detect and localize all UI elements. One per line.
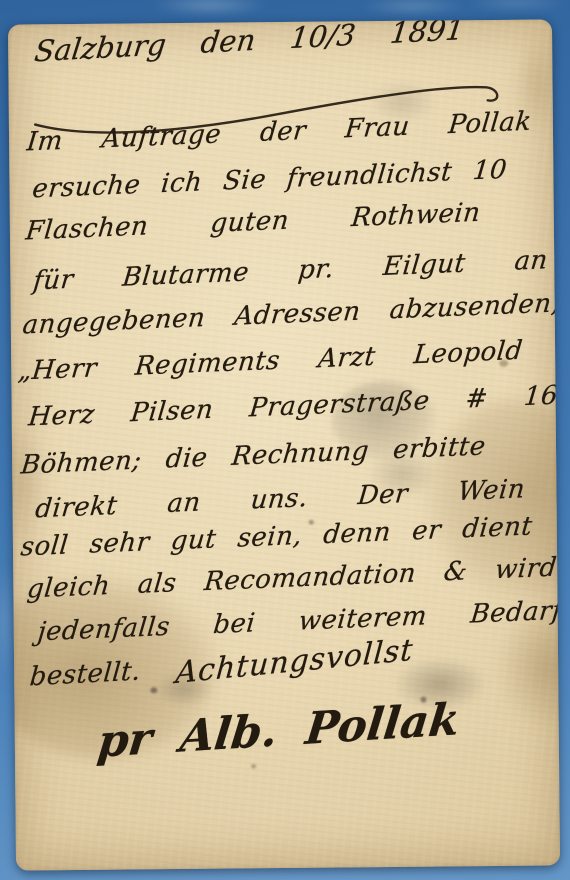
mat-scuff	[150, 0, 270, 16]
photo-background: Salzburg den 10/3 1891 Im Auftrage der F…	[0, 0, 570, 880]
handwritten-line: Herz Pilsen Pragerstraße # 16	[27, 379, 560, 435]
mat-scuff	[358, 0, 468, 16]
mat-scuff	[462, 0, 570, 12]
dateline: Salzburg den 10/3 1891	[32, 19, 466, 70]
ink-speck	[251, 764, 256, 768]
water-stain	[8, 420, 47, 545]
handwritten-line: „Herr Regiments Arzt Leopold	[16, 334, 524, 389]
ink-speck	[150, 687, 157, 693]
postcard: Salzburg den 10/3 1891 Im Auftrage der F…	[8, 19, 560, 870]
handwritten-line: bestellt.	[28, 654, 156, 695]
signature: pr Alb. Pollak	[95, 694, 462, 768]
handwritten-line: Böhmen; die Rechnung erbitte	[19, 429, 487, 482]
